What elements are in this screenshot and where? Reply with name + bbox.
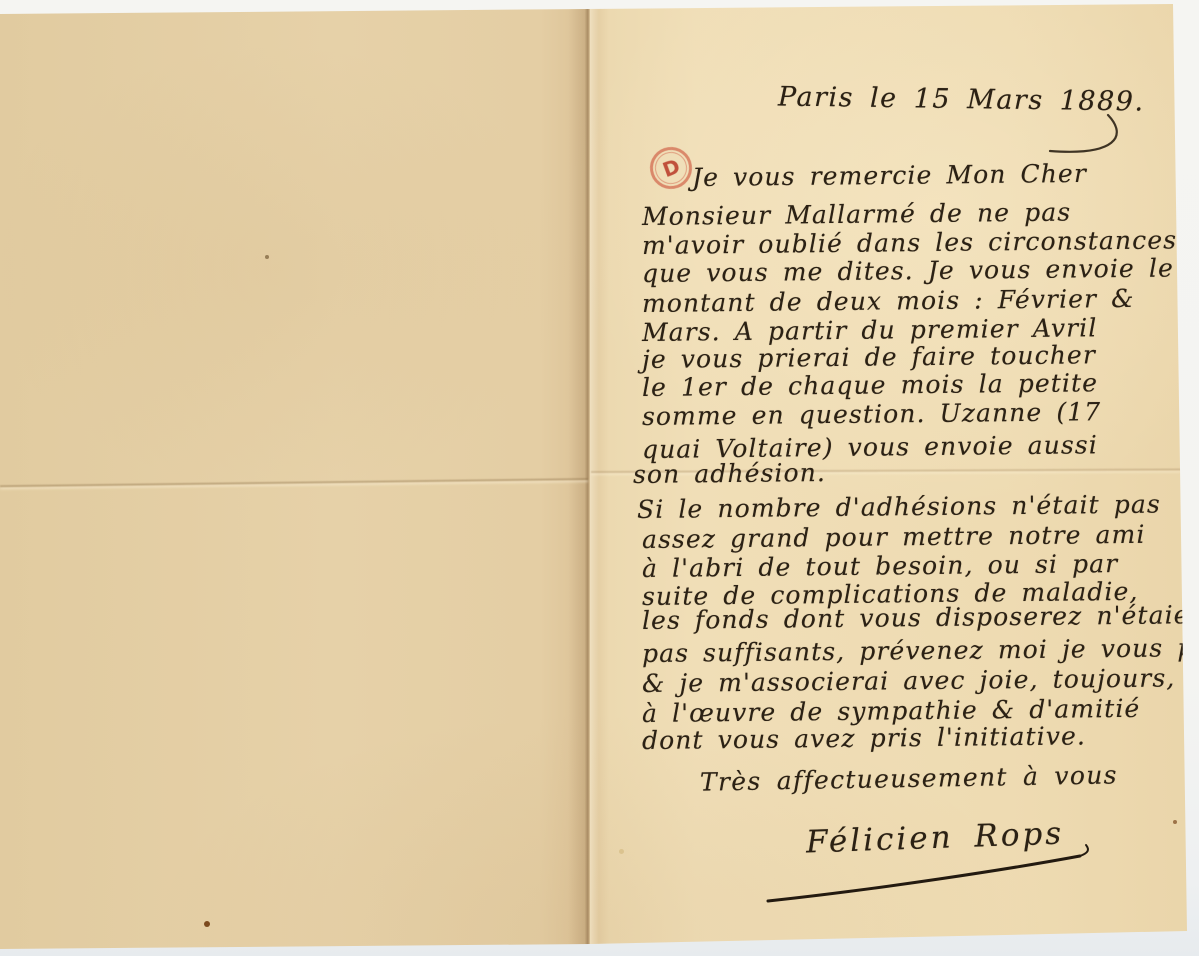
handwriting-line: que vous me dites. Je vous envoie le	[642, 253, 1174, 288]
handwriting-line: pas suffisants, prévenez moi je vous pri…	[642, 633, 1199, 668]
handwriting-line: Je vous remercie Mon Cher	[692, 159, 1087, 192]
dateline: Paris le 15 Mars 1889.	[778, 81, 1145, 117]
paper-speck	[265, 255, 269, 259]
handwriting-line: le 1er de chaque mois la petite	[642, 368, 1098, 402]
letter-scan: { "letter": { "dateline": "Paris le 15 M…	[0, 0, 1199, 956]
paper-speck	[619, 849, 624, 854]
red-collection-stamp-icon: D	[647, 144, 694, 191]
signature: Félicien Rops	[805, 816, 1064, 861]
bifolium-paper: D Paris le 15 Mars 1889. Je vous remerci…	[0, 0, 1199, 956]
handwriting-line: dont vous avez pris l'initiative.	[642, 721, 1086, 755]
ink-flourishes	[0, 0, 1199, 956]
closing-line: Très affectueusement à vous	[700, 760, 1118, 796]
handwriting-line: Si le nombre d'adhésions n'était pas	[637, 490, 1161, 524]
stamp-letter: D	[660, 156, 682, 180]
paper-speck	[1173, 820, 1177, 824]
handwriting-line: Monsieur Mallarmé de ne pas	[642, 198, 1071, 231]
paper-speck	[204, 921, 210, 927]
handwriting-line: son adhésion.	[633, 458, 826, 489]
handwriting-line: les fonds dont vous disposerez n'étaient	[642, 600, 1199, 635]
horizontal-fold-crease-left-page	[0, 478, 588, 487]
center-fold-highlight	[590, 0, 599, 956]
handwriting-line: somme en question. Uzanne (17	[642, 397, 1102, 431]
handwriting-line: & je m'associerai avec joie, toujours,	[642, 663, 1176, 698]
